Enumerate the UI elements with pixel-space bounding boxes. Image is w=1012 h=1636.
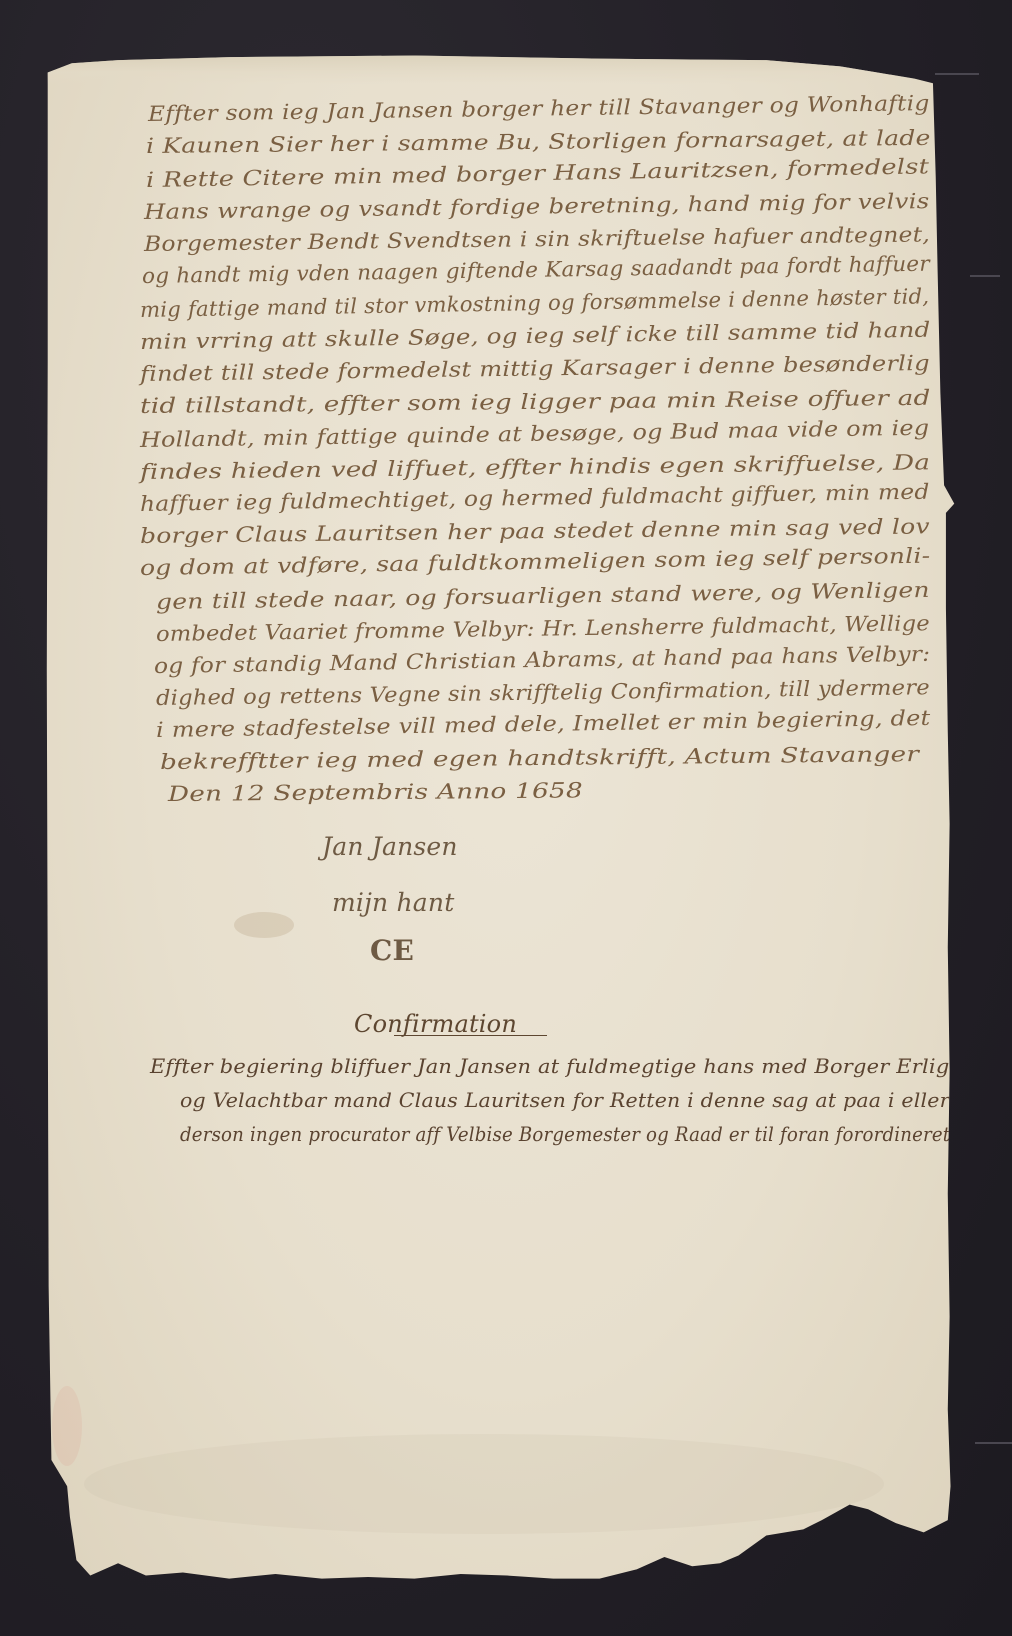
- confirmation-heading: Confirmation: [354, 1010, 517, 1038]
- text-line: og for standig Mand Christian Abrams, at…: [154, 644, 931, 677]
- text-line: Hans wrange og vsandt fordige beretning,…: [144, 191, 930, 223]
- text-line: Borgemester Bendt Svendtsen i sin skrift…: [144, 224, 930, 255]
- text-line: bekrefftter ieg med egen handtskrifft, A…: [160, 744, 919, 773]
- signature-mark: CE: [370, 934, 414, 967]
- text-line: min vrring att skulle Søge, og ieg self …: [140, 320, 931, 353]
- text-line: ombedet Vaariet fromme Velbyr: Hr. Lensh…: [156, 613, 930, 645]
- signature-hand: mijn hant: [332, 888, 454, 917]
- paper-shade: [84, 1434, 884, 1534]
- confirmation-line: derson ingen procurator aff Velbise Borg…: [180, 1122, 950, 1146]
- text-line: og dom at vdføre, saa fuldtkommeligen so…: [140, 546, 931, 579]
- confirmation-line: Effter begiering bliffuer Jan Jansen at …: [150, 1054, 949, 1078]
- text-line: findet till stede formedelst mittig Kars…: [140, 353, 930, 385]
- text-line: i Kaunen Sier her i samme Bu, Storligen …: [146, 128, 931, 157]
- text-line: tid tillstandt, effter som ieg ligger pa…: [140, 388, 931, 417]
- text-line: i mere stadfestelse vill med dele, Imell…: [156, 708, 931, 741]
- scan-edge-mark: [975, 1442, 1012, 1444]
- date-line: Den 12 Septembris Anno 1658: [168, 780, 583, 805]
- text-line: Hollandt, min fattige quinde at besøge, …: [140, 418, 930, 451]
- text-line: haffuer ieg fuldmechtiget, og hermed ful…: [140, 482, 930, 515]
- signature-name: Jan Jansen: [322, 832, 458, 861]
- text-line: borger Claus Lauritsen her paa stedet de…: [140, 516, 930, 547]
- scan-edge-mark: [935, 73, 979, 75]
- manuscript-page: Effter som ieg Jan Jansen borger her til…: [44, 54, 970, 1594]
- red-mark-stain: [52, 1386, 82, 1466]
- text-line: findes hieden ved liffuet, effter hindis…: [140, 452, 930, 483]
- text-line: mig fattige mand til stor vmkostning og …: [140, 286, 930, 321]
- text-line: dighed og rettens Vegne sin skrifftelig …: [156, 677, 930, 709]
- text-line: Effter som ieg Jan Jansen borger her til…: [148, 93, 930, 125]
- ink-stain: [234, 912, 294, 938]
- text-line: og handt mig vden naagen giftende Karsag…: [142, 254, 930, 287]
- text-line: gen till stede naar, og forsuarligen sta…: [156, 580, 930, 613]
- text-line: i Rette Citere min med borger Hans Lauri…: [146, 156, 930, 191]
- scan-edge-mark: [970, 275, 1000, 277]
- confirmation-line: og Velachtbar mand Claus Lauritsen for R…: [180, 1088, 950, 1112]
